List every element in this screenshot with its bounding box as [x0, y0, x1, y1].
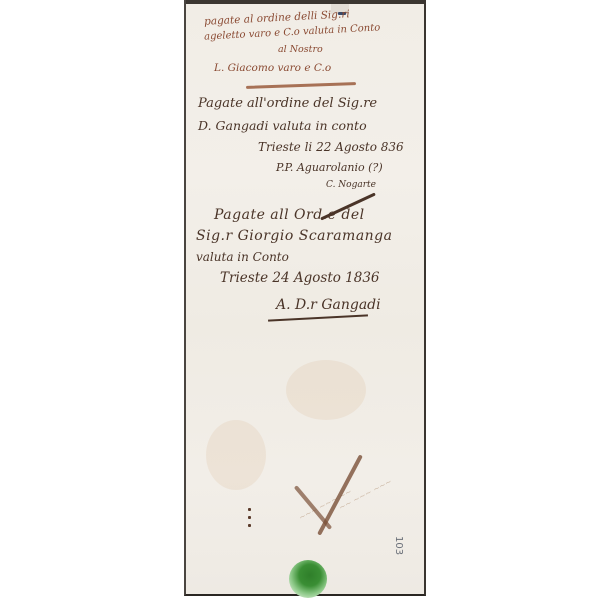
endorsement-1-line-3: al Nostro — [278, 44, 323, 55]
endorsement-3-line-1: Pagate all Ord.e del — [214, 207, 365, 223]
paper-stain — [286, 360, 366, 420]
endorsement-3-signature: A. D.r Gangadi — [276, 297, 381, 313]
endorsement-3-line-4: Trieste 24 Agosto 1836 — [220, 270, 380, 286]
endorsement-2-line-5: C. Nogarte — [326, 180, 376, 190]
endorsement-1-line-4: L. Giacomo varo e C.o — [214, 62, 331, 74]
page-number: 103 — [393, 536, 404, 555]
top-edge-shadow — [186, 0, 424, 4]
paper-stain — [206, 420, 266, 490]
green-seal-stamp — [289, 560, 327, 598]
endorsement-3-line-2: Sig.r Giorgio Scaramanga — [196, 228, 393, 244]
endorsement-3-line-3: valuta in Conto — [196, 250, 289, 264]
ink-dots — [248, 508, 252, 532]
endorsement-2-line-4: P.P. Aguarolanio (?) — [276, 161, 383, 174]
endorsement-2-line-2: D. Gangadi valuta in conto — [198, 118, 367, 133]
signature-flourish — [268, 314, 368, 321]
signature-underline — [246, 82, 356, 89]
document-paper: pagate al ordine delli Sig.ri ageletto v… — [184, 0, 426, 596]
endorsement-2-line-1: Pagate all'ordine del Sig.re — [198, 96, 377, 111]
endorsement-2-line-3: Trieste li 22 Agosto 836 — [258, 140, 404, 154]
